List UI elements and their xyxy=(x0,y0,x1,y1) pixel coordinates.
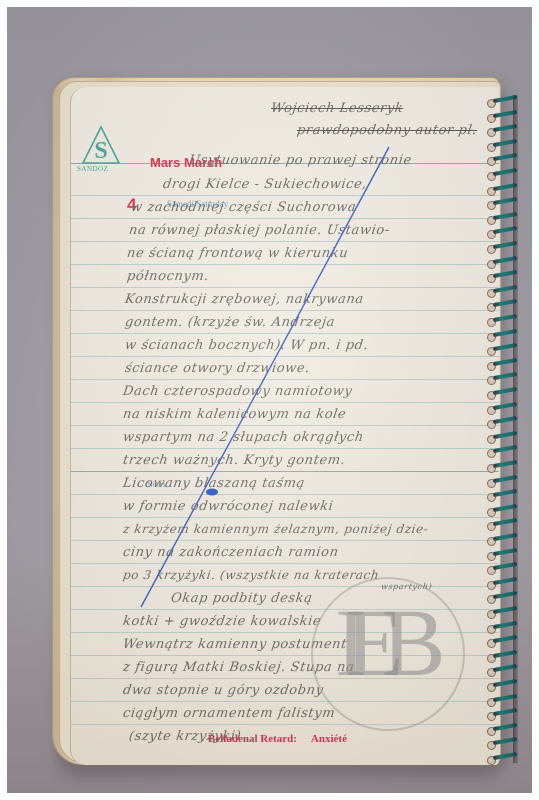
spiral-coil xyxy=(493,226,517,234)
spiral-coil xyxy=(493,168,517,176)
footer-advertisement: Belladenal Retard:Anxiété xyxy=(208,733,347,745)
handwritten-line: ne ścianą frontową w kierunku xyxy=(126,246,349,261)
rule-line xyxy=(71,310,499,311)
spiral-coil xyxy=(493,402,517,410)
spiral-coil xyxy=(493,606,517,614)
spiral-coil xyxy=(493,635,517,643)
footer-ad-product: Belladenal Retard: xyxy=(208,733,297,745)
spiral-binding xyxy=(493,97,519,767)
rule-line xyxy=(71,724,499,725)
rule-line xyxy=(71,333,499,334)
spiral-coil xyxy=(493,591,517,599)
photo-backdrop: S SANDOZ Mars March 4 Samedi Saturday No… xyxy=(7,7,532,793)
spiral-coil xyxy=(493,504,517,512)
spiral-coil xyxy=(493,475,517,483)
spiral-coil xyxy=(493,387,517,395)
spiral-coil xyxy=(493,212,517,220)
spiral-coil xyxy=(493,95,517,103)
spiral-coil xyxy=(493,679,517,687)
handwritten-line: ciągłym ornamentem falistym xyxy=(122,706,336,721)
handwritten-line: Usytuowanie po prawej stronie xyxy=(188,153,413,168)
handwritten-line: północnym. xyxy=(126,269,210,284)
handwritten-line: na równej płaskiej polanie. Ustawio- xyxy=(128,223,391,238)
logo-text: SANDOZ xyxy=(77,165,108,173)
handwritten-line: z krzyżem kamiennym żelaznym, poniżej dz… xyxy=(122,522,429,536)
spiral-coil xyxy=(493,548,517,556)
handwritten-line: po 3 krzyżyki. (wszystkie na kraterach xyxy=(122,568,380,582)
spiral-coil xyxy=(493,153,517,161)
spiral-coil xyxy=(493,124,517,132)
handwritten-line: trzech ważnych. Kryty gontem. xyxy=(122,453,347,468)
spiral-coil xyxy=(493,314,517,322)
spiral-coil xyxy=(493,460,517,468)
svg-text:S: S xyxy=(94,138,107,164)
spiral-coil xyxy=(493,533,517,541)
handwritten-line: na niskim kalenicowym na kole xyxy=(122,407,347,422)
spiral-coil xyxy=(493,518,517,526)
spiral-coil xyxy=(493,299,517,307)
spiral-coil xyxy=(493,241,517,249)
rule-line xyxy=(71,287,499,288)
spiral-coil xyxy=(493,329,517,337)
spiral-coil xyxy=(493,139,517,147)
rule-line xyxy=(71,218,499,219)
spiral-coil xyxy=(493,664,517,672)
handwritten-line: Konstrukcji zrębowej, nakrywana xyxy=(124,292,365,307)
handwritten-line: Dach czterospadowy namiotowy xyxy=(122,384,353,399)
handwritten-line: dwa stopnie u góry ozdobny xyxy=(122,683,325,698)
spiral-coil xyxy=(493,694,517,702)
spiral-coil xyxy=(493,285,517,293)
spiral-coil xyxy=(493,708,517,716)
handwritten-line: Okap podbity deską xyxy=(170,591,314,606)
rule-line xyxy=(71,517,499,518)
rule-line xyxy=(71,494,499,495)
spiral-coil xyxy=(493,343,517,351)
rule-line xyxy=(71,586,499,587)
spiral-coil xyxy=(493,110,517,118)
spiral-coil xyxy=(493,197,517,205)
spiral-coil xyxy=(493,621,517,629)
handwritten-line: drogi Kielce - Sukiechowice, xyxy=(162,177,368,192)
footer-ad-indication: Anxiété xyxy=(311,733,347,745)
handwritten-line: w formie odwróconej nalewki xyxy=(122,499,335,514)
spiral-coil xyxy=(493,416,517,424)
rule-line xyxy=(71,425,499,426)
notebook-page: S SANDOZ Mars March 4 Samedi Saturday No… xyxy=(70,87,499,765)
rule-line xyxy=(71,241,499,242)
handwritten-header: prawdopodobny autor pl. xyxy=(296,123,478,138)
rule-line xyxy=(71,379,499,380)
rule-line xyxy=(71,264,499,265)
spiral-coil xyxy=(493,270,517,278)
handwritten-line: gontem. (krzyże św. Andrzeja xyxy=(124,315,336,330)
rule-line xyxy=(71,540,499,541)
spiral-coil xyxy=(493,577,517,585)
spiral-coil xyxy=(493,650,517,658)
handwritten-line: kotki + gwoździe kowalskie xyxy=(122,614,322,629)
handwritten-line: ściance otwory drzwiowe. xyxy=(124,361,311,376)
spiral-coil xyxy=(493,372,517,380)
watermark-letters: IEB xyxy=(335,595,424,691)
handwritten-line: wspartym na 2 słupach okrągłych xyxy=(122,430,365,445)
spiral-coil xyxy=(493,445,517,453)
rule-line xyxy=(71,356,499,357)
rule-line xyxy=(71,402,499,403)
notes-rule xyxy=(71,471,499,472)
spiral-coil xyxy=(493,183,517,191)
spiral-coil xyxy=(493,431,517,439)
handwritten-line: ciny na zakończeniach ramion xyxy=(122,545,340,560)
sandoz-logo-icon: S xyxy=(81,125,121,167)
spiral-coil xyxy=(493,489,517,497)
spiral-coil xyxy=(493,737,517,745)
handwritten-line: Licowany blaszaną taśmą xyxy=(122,476,306,491)
spiral-coil xyxy=(493,562,517,570)
rule-line xyxy=(71,448,499,449)
spiral-coil xyxy=(493,752,517,760)
handwritten-line: w ścianach bocznych). W pn. i pd. xyxy=(124,338,369,353)
handwritten-header: Wojciech Lesseryk xyxy=(270,101,404,116)
spiral-coil xyxy=(493,723,517,731)
spiral-coil xyxy=(493,358,517,366)
handwritten-line: w zachodniej części Suchorowa xyxy=(130,200,357,215)
spiral-coil xyxy=(493,256,517,264)
rule-line xyxy=(71,563,499,564)
